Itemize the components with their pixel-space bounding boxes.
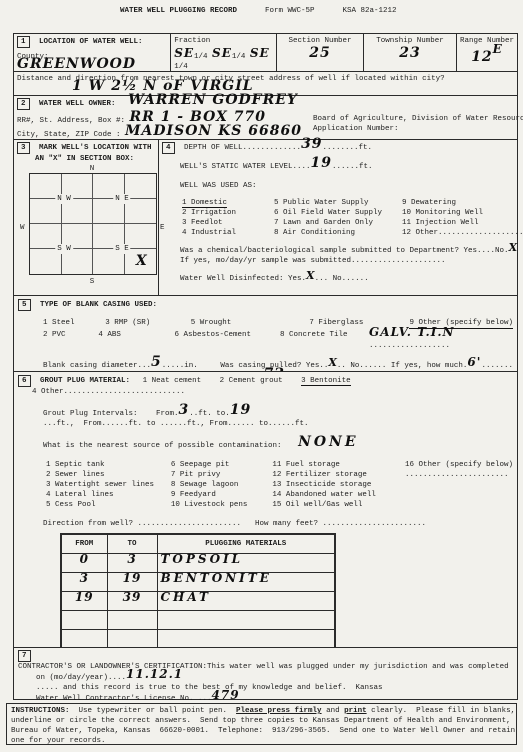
fraction-quarter-3: SE [250,50,270,56]
used-as-6-oilfield: 6 Oil Field Water Supply [274,208,402,218]
instructions-line3: Bureau of Water, Topeka, Kansas 66620-00… [11,726,512,736]
city-state-zip-value: MADISON KS 66860 [125,128,302,134]
fraction-label: Fraction [174,36,273,46]
county-value: GREENWOOD [17,61,136,67]
range-number-cell: Range Number 12E [456,34,517,71]
depth-value: 39 [301,141,322,147]
section3-location-box: 3 MARK WELL'S LOCATION WITH AN "X" IN SE… [14,140,158,295]
contam-8-lagoon: 8 Sewage lagoon [171,480,272,490]
section1-title: LOCATION OF WATER WELL: [39,38,143,46]
instructions-line4: one for your records. [11,736,512,746]
contam-13-insecticide: 13 Insecticide storage [272,480,405,490]
township-number-cell: Township Number 23 [363,34,456,71]
section3-title-line1: MARK WELL'S LOCATION WITH [39,144,152,152]
interval-to-value: 19 [230,407,251,413]
section3-4-row: 3 MARK WELL'S LOCATION WITH AN "X" IN SE… [13,139,518,296]
sample-question: Was a chemical/bacteriological sample su… [180,247,509,255]
contam-14-abandoned: 14 Abandoned water well [272,490,405,500]
grout-2-cement-grout: 2 Cement grout [220,377,283,385]
contam-3-watertight: 3 Watertight sewer lines [46,480,171,490]
casing-pulled-dots: ....... [481,362,513,370]
casing-diameter-label: Blank casing diameter... [43,362,151,370]
quadrant-nw-label: N W [55,194,73,204]
used-as-col3: 9 Dewatering 10 Monitoring Well 11 Injec… [402,198,523,238]
form-header: WATER WELL PLUGGING RECORD Form WWC-5P K… [120,6,397,16]
application-number-block: Board of Agriculture, Division of Water … [313,114,513,134]
interval-to-label: ..ft. to. [189,410,230,418]
section6-grout: 6 GROUT PLUG MATERIAL: 1 Neat cement 2 C… [13,371,518,648]
quadrant-sw-label: S W [55,244,73,254]
grout-4-other: 4 Other........................... [32,388,185,396]
direction-feet-row: Direction from well? ...................… [43,519,513,529]
grout-intervals-label: Grout Plug Intervals: [43,410,138,418]
contamination-col2: 6 Seepage pit 7 Pit privy 8 Sewage lagoo… [171,460,272,510]
license-label: Water Well Contractor's License No. ... [36,695,212,703]
table-row: 19 39 CHAT [61,591,335,610]
row3-to: 39 [123,594,142,600]
compass-west-label: W [20,223,25,233]
certification-line1: CONTRACTOR'S OR LANDOWNER'S CERTIFICATIO… [18,663,509,671]
section3-number: 3 [17,142,30,154]
cert-plugged-date: 11.12.1 [126,671,183,677]
col-header-from: FROM [61,534,107,553]
row1-material: TOPSOIL [161,556,244,562]
casing-1-steel: 1 Steel [43,318,105,329]
how-many-feet-label: How many feet? ....................... [255,519,426,529]
casing-diameter-unit: .....in. [162,362,198,370]
contam-6-seepage: 6 Seepage pit [171,460,272,470]
instructions-press-firmly: Please press firmly [236,707,322,715]
table-row [61,610,335,629]
form-title: WATER WELL PLUGGING RECORD [120,6,237,16]
contam-5-cesspool: 5 Cess Pool [46,500,171,510]
static-water-level-value: 19 [311,160,332,166]
contam-10-livestock: 10 Livestock pens [171,500,272,510]
grout-1-neat-cement: 1 Neat cement [143,377,202,385]
row3-material: CHAT [161,594,211,600]
section7-number: 7 [18,650,31,662]
disinfected-no-label: ... No...... [315,275,369,283]
compass-south-label: S [29,277,155,287]
direction-from-well-label: Direction from well? ...................… [43,519,255,529]
instructions-print: print [344,707,367,715]
used-as-label: WELL WAS USED AS: [180,181,523,191]
casing-3-rmp: 3 RMP (SR) [105,318,191,329]
instructions-p3: clearly. Please fill in blanks, [367,707,516,715]
section1-number: 1 [17,36,30,48]
instructions-p2: and [322,707,345,715]
contamination-list: 1 Septic tank 2 Sewer lines 3 Watertight… [46,460,513,510]
row2-material: BENTONITE [161,575,272,581]
casing-other-dots: .................. [369,342,450,350]
used-as-10-monitoring: 10 Monitoring Well [402,208,523,218]
contam-12-fertilizer: 12 Fertilizer storage [272,470,405,480]
disinfected-yes-x-mark: X [306,273,315,279]
used-as-7-lawn: 7 Lawn and Garden Only [274,218,402,228]
license-number: 479 [212,692,240,698]
contam-1-septic: 1 Septic tank [46,460,171,470]
section7-certification: 7CONTRACTOR'S OR LANDOWNER'S CERTIFICATI… [13,647,518,700]
col-header-materials: PLUGGING MATERIALS [157,534,335,553]
used-as-list: 1 Domestic 2 Irrigation 3 Feedlot 4 Indu… [182,198,523,238]
grout-3-bentonite: 3 Bentonite [301,377,351,386]
casing-pulled-amount: 6' [467,359,481,365]
contam-4-lateral: 4 Lateral lines [46,490,171,500]
fraction-printed-2: 1/4 [232,53,246,61]
used-as-col1: 1 Domestic 2 Irrigation 3 Feedlot 4 Indu… [182,198,274,238]
fraction-quarter-2: SE [212,50,232,56]
row2-from: 3 [80,575,89,581]
owner-name: WARREN GODFREY [128,97,298,103]
contam-7-privy: 7 Pit privy [171,470,272,480]
contam-16-other-dots: ....................... [405,470,513,480]
contamination-col4: 16 Other (specify below) ...............… [405,460,513,510]
contam-11-fuel: 11 Fuel storage [272,460,405,470]
section-number-value: 25 [309,50,330,56]
used-as-3-feedlot: 3 Feedlot [182,218,274,228]
range-number-label: Range Number [460,36,514,46]
quadrant-se-label: S E [113,244,131,254]
section2-title: WATER WELL OWNER: [39,100,116,108]
agency-label: Board of Agriculture, Division of Water … [313,114,513,124]
depth-label: DEPTH OF WELL............. [184,144,301,152]
cert-line2-post: ..... and this record is true to the bes… [36,684,383,692]
section5-title: TYPE OF BLANK CASING USED: [40,301,157,309]
section6-number: 6 [18,375,31,387]
interval-rest: ...ft., From......ft. to ......ft., From… [43,420,309,428]
table-row [61,629,335,648]
section4-number: 4 [162,142,175,154]
table-header-row: FROM TO PLUGGING MATERIALS [61,534,335,553]
contam-15-oilgas: 15 Oil well/Gas well [272,500,405,510]
instructions-line2: underline or circle the correct answers.… [11,716,512,726]
address-label: RR#, St. Address, Box #: [17,117,125,125]
table-row: 3 19 BENTONITE [61,572,335,591]
casing-diameter-value: 5 [151,359,162,365]
static-water-level-label: WELL'S STATIC WATER LEVEL.... [180,163,311,171]
section-location-grid: N W N E S W S E X [29,173,157,275]
address-value: RR 1 - BOX 770 [130,114,266,120]
casing-type-row2: 2 PVC 4 ABS 6 Asbestos-Cement 8 Concrete… [43,330,513,351]
instructions-box: INSTRUCTIONS: Use typewriter or ball poi… [6,703,517,745]
section1-location: 1 LOCATION OF WATER WELL: County: GREENW… [13,33,518,72]
used-as-12-other: 12 Other................... [402,228,523,238]
casing-8-concrete: 8 Concrete Tile [280,330,369,351]
depth-unit: ........ft. [323,144,373,152]
application-number-label: Application Number: [313,124,513,134]
contamination-answer: NONE [298,439,358,445]
section6-title: GROUT PLUG MATERIAL: [40,377,130,385]
used-as-11-injection: 11 Injection Well [402,218,523,228]
contamination-question: What is the nearest source of possible c… [43,442,282,450]
township-number-value: 23 [399,50,420,56]
casing-2-pvc: 2 PVC [43,330,98,351]
contam-16-other: 16 Other (specify below) [405,460,513,470]
statute-reference: KSA 82a-1212 [343,6,397,16]
used-as-9-dewatering: 9 Dewatering [402,198,523,208]
row1-to: 3 [127,556,136,562]
used-as-col2: 5 Public Water Supply 6 Oil Field Water … [274,198,402,238]
fraction-cell: Fraction SE1/4 SE1/4 SE1/4 [170,34,276,71]
distance-value: 1 W 2½ N oF VIRGIL [72,83,254,89]
instructions-p1: Use typewriter or ball point pen. [70,707,237,715]
well-location-x-mark: X [136,258,148,264]
range-direction: E [493,46,503,52]
casing-6-asbestos: 6 Asbestos-Cement [174,330,280,351]
sample-date-line: If yes, mo/day/yr sample was submitted..… [180,256,523,266]
row3-from: 19 [75,594,94,600]
casing-4-abs: 4 ABS [98,330,174,351]
fraction-quarter-1: SE [174,50,194,56]
section-number-cell: Section Number 25 [276,34,363,71]
quadrant-ne-label: N E [113,194,131,204]
disinfected-label: Water Well Disinfected: Yes. [180,275,306,283]
interval-from-value: 3 [179,407,190,413]
used-as-8-aircond: 8 Air Conditioning [274,228,402,238]
table-row: 0 3 TOPSOIL [61,553,335,572]
used-as-4-industrial: 4 Industrial [182,228,274,238]
range-number-value: 12 [471,54,492,60]
col-header-to: TO [107,534,157,553]
section5-number: 5 [18,299,31,311]
section5-casing: 5 TYPE OF BLANK CASING USED: 1 Steel 3 R… [13,295,518,372]
casing-5-wrought: 5 Wrought [191,318,310,329]
section1-county-cell: 1 LOCATION OF WATER WELL: County: GREENW… [14,34,170,71]
section2-number: 2 [17,98,30,110]
section4-well-details: 4 DEPTH OF WELL.............39........ft… [158,140,523,295]
used-as-1-domestic: 1 Domestic [182,199,227,208]
water-well-plugging-record-form: WATER WELL PLUGGING RECORD Form WWC-5P K… [0,0,523,752]
cert-date1-label: on (mo/day/year).... [36,674,126,682]
casing-pulled-mid: .. No...... If yes, how much. [337,362,468,370]
used-as-5-public: 5 Public Water Supply [274,198,402,208]
fraction-printed-1: 1/4 [194,53,208,61]
section2-owner: 2 WATER WELL OWNER: WARREN GODFREY RR#, … [13,95,518,140]
row2-to: 19 [123,575,142,581]
section3-title-line2: AN "X" IN SECTION BOX: [35,154,155,164]
instructions-label: INSTRUCTIONS: [11,707,70,715]
used-as-2-irrigation: 2 Irrigation [182,208,274,218]
contam-9-feedyard: 9 Feedyard [171,490,272,500]
row1-from: 0 [80,556,89,562]
casing-other-value: GALV. T.I.N [369,329,454,335]
sample-no-x-mark: X [509,245,518,251]
static-water-level-unit: ......ft. [332,163,373,171]
casing-pulled-x-mark: X [328,360,337,366]
contam-2-sewer: 2 Sewer lines [46,470,171,480]
contamination-col1: 1 Septic tank 2 Sewer lines 3 Watertight… [46,460,171,510]
form-number: Form WWC-5P [265,6,315,16]
fraction-printed-3: 1/4 [174,63,188,71]
interval-from-label: From. [156,410,179,418]
contamination-col3: 11 Fuel storage 12 Fertilizer storage 13… [272,460,405,510]
city-state-zip-label: City, State, ZIP Code : [17,131,121,139]
